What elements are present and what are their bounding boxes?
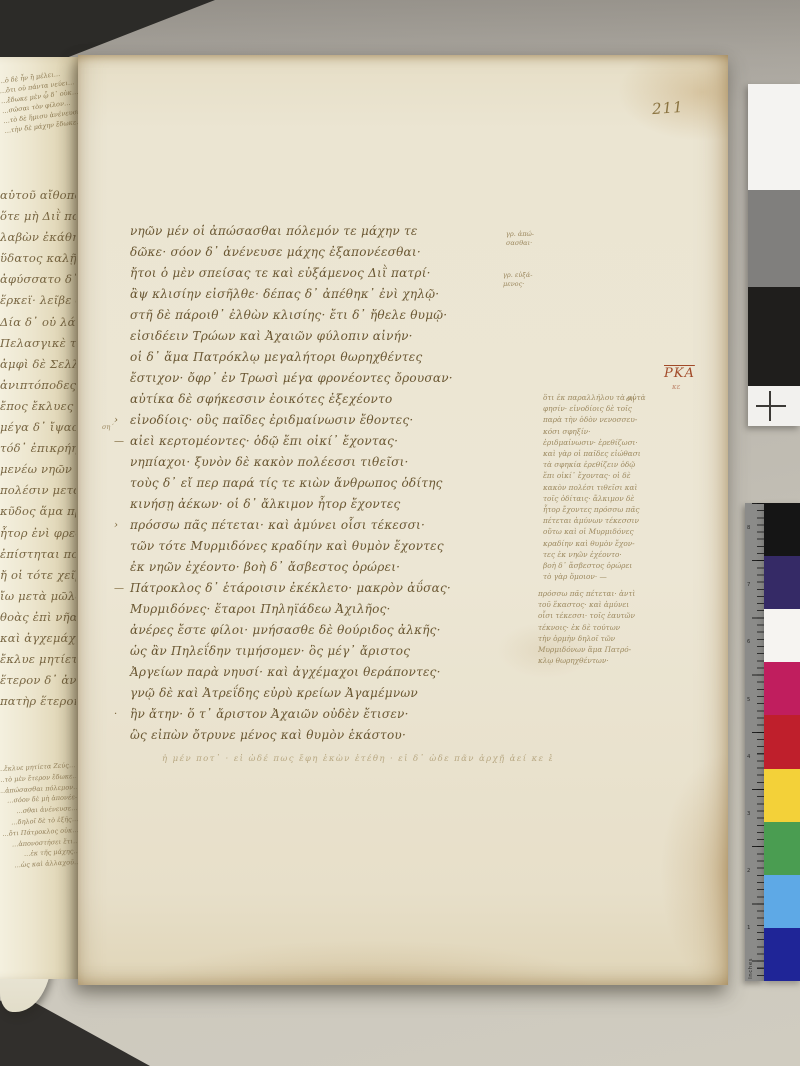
scholion-line: πέτεται ἀμύνων τέκεσσιν	[543, 515, 671, 526]
main-text-block: νηῶν μέν οἱ ἀπώσασθαι πόλεμόν τε μάχην τ…	[130, 221, 542, 746]
verse-line-ending: θοὰς ἐπὶ νῆας ἵκ	[0, 607, 76, 628]
scholion-line: βοὴ δ᾽ ἄσβεστος ὀρώρει	[543, 560, 671, 571]
note-line: μενος·	[503, 280, 532, 289]
verse-text: ἔστιχον· ὄφρ᾽ ἐν Τρωσὶ μέγα φρονέοντες ὄ…	[130, 371, 453, 385]
verse-text: νηπίαχοι· ξυνὸν δὲ κακὸν πολέεσσι τιθεῖσ…	[130, 455, 409, 469]
verse-line-ending: Πελασγικὲ τηλ	[0, 333, 76, 354]
ruler-number: 7	[747, 582, 750, 588]
verse-line-ending: ἔκλυε μητίετα Ζ	[0, 649, 76, 670]
verse-line-ending: ἕρκεϊ· λεῖβε δὲ	[0, 290, 76, 311]
verse-text: αὐτίκα δὲ σφήκεσσιν ἐοικότες ἐξεχέοντο	[130, 392, 392, 406]
marginal-sign: ·	[114, 704, 117, 725]
scholion-line: φησίν· εἰνοδίοις δὲ τοῖς	[543, 403, 671, 414]
scholion-line: ἔπι οἰκί᾽ ἔχοντας· οἱ δὲ	[543, 470, 671, 481]
verse-text: τῶν τότε Μυρμιδόνες κραδίην καὶ θυμὸν ἔχ…	[130, 539, 444, 553]
scholion-line: οἷσι τέκεσσι· τοῖς ἑαυτῶν	[538, 610, 666, 621]
verse-line-ending: ἴω μετὰ μῶλον Ἄρ	[0, 586, 76, 607]
scholion-line: τὰ σφηκία ἐρεθίζειν ὁδῷ	[543, 459, 671, 470]
verse-line-ending: ἔπος ἔκλυες εὐξ	[0, 396, 76, 417]
color-chip	[764, 769, 800, 822]
scholion-line: τοῦ ἕκαστος· καὶ ἀμύνει	[538, 599, 666, 610]
verse-text: αἰεὶ κερτομέοντες· ὁδῷ ἔπι οἰκί᾽ ἔχοντας…	[130, 434, 398, 448]
verse-line-ending: μέγα δ᾽ ἴψαο λα	[0, 417, 76, 438]
verse-text: Ἀργείων παρὰ νηυσί· καὶ ἀγχέμαχοι θεράπο…	[130, 665, 441, 679]
verse-line-ending: ἐπίστηται πολεμ	[0, 544, 76, 565]
grayscale-patch-gray	[748, 190, 800, 287]
ruler-inch-ticks	[752, 503, 764, 981]
scholion-line: κακὸν πολέσι τιθεῖσι καὶ	[543, 482, 671, 493]
verse-line-ending: αὐτοῦ αἴθοπα οἶ	[0, 185, 76, 206]
ruler-number: 1	[747, 925, 750, 931]
scholion-line: τὸ γὰρ ὅμοιον· —	[543, 571, 671, 582]
verse-line: νηπίαχοι· ξυνὸν δὲ κακὸν πολέεσσι τιθεῖσ…	[130, 452, 542, 473]
grayscale-patch-black	[748, 287, 800, 386]
verse-text: ἤτοι ὁ μὲν σπείσας τε καὶ εὐξάμενος Διῒ …	[130, 266, 431, 280]
manuscript-page: 211 νηῶν μέν οἱ ἀπώσασθαι πόλεμόν τε μάχ…	[78, 55, 728, 985]
previous-leaf-edge: …ὁ δὲ ἦν ἢ μέλει……ὅτι οὐ πάντα νεύει……ἔδ…	[0, 57, 82, 979]
left-margin-tiny-note: ση΄	[102, 423, 114, 432]
color-chip	[764, 928, 800, 981]
ruler-number: 5	[747, 697, 750, 703]
color-chip	[764, 503, 800, 556]
scholion-line: παρὰ τὴν ὁδὸν νενοσσευ-	[543, 414, 671, 425]
verse-text: στῆ δὲ πάροιθ᾽ ἐλθὼν κλισίης· ἔτι δ᾽ ἤθε…	[130, 308, 447, 322]
verse-line-ending: ἀμφὶ δὲ Σελλοὶ	[0, 354, 76, 375]
verse-line: Μυρμιδόνες· ἕταροι Πηληϊάδεω Ἀχιλῆος·	[130, 599, 542, 620]
verse-line: γνῷ δὲ καὶ Ἀτρεΐδης εὐρὺ κρείων Ἀγαμέμνω…	[130, 683, 542, 704]
registration-cross-icon	[769, 391, 771, 421]
marginal-sign: ›	[114, 515, 118, 536]
verse-line-ending: τόδ᾽ ἐπικρήηνον	[0, 438, 76, 459]
verse-text: γνῷ δὲ καὶ Ἀτρεΐδης εὐρὺ κρείων Ἀγαμέμνω…	[130, 686, 418, 700]
verse-line-ending: ὕδατος καλῇσι ῥ	[0, 248, 76, 269]
scholion-line: πρόσσω πᾶς πέτεται· ἀντὶ	[538, 588, 666, 599]
verse-text: νηῶν μέν οἱ ἀπώσασθαι πόλεμόν τε μάχην τ…	[130, 224, 418, 238]
verse-line: ›εἰνοδίοις· οὓς παῖδες ἐριδμαίνωσιν ἔθον…	[130, 410, 542, 431]
scholion-line: κόσι σφηξίν·	[543, 426, 671, 437]
section-number-subscript: κε	[672, 383, 680, 391]
marginal-sign: ›	[114, 410, 118, 431]
faded-added-line: ἦ μέν ποτ᾽ · εἰ ὧδέ πως ἔφη ἑκὼν ἐτέθη ·…	[162, 754, 552, 764]
verse-line: ἔστιχον· ὄφρ᾽ ἐν Τρωσὶ μέγα φρονέοντες ὄ…	[130, 368, 542, 389]
verse-text: Πάτροκλος δ᾽ ἑτάροισιν ἐκέκλετο· μακρὸν …	[130, 581, 451, 595]
verse-line-ending: κῦδος ἅμα πρόες	[0, 501, 76, 522]
marginal-sign: —	[114, 431, 124, 452]
ruler-number: 8	[747, 525, 750, 531]
verse-line-ending: πατὴρ ἕτερον δ᾽	[0, 691, 76, 712]
registration-card	[748, 386, 800, 426]
verse-text: ἣν ἄτην· ὅ τ᾽ ἄριστον Ἀχαιῶν οὐδὲν ἔτισε…	[130, 707, 409, 721]
verse-line-ending: μενέω νηῶν ἐν ἀγ	[0, 459, 76, 480]
marginal-scholia-block-1: ὅτι ἐκ παραλλήλου τὰ αὐτὰφησίν· εἰνοδίοι…	[543, 392, 671, 582]
verse-text: ὣς εἰπὼν ὄτρυνε μένος καὶ θυμὸν ἑκάστου·	[130, 728, 406, 742]
verse-line: ›πρόσσω πᾶς πέτεται· καὶ ἀμύνει οἷσι τέκ…	[130, 515, 542, 536]
margin-variant-note: γρ. εὐξά- μενος·	[503, 271, 532, 288]
verse-text: οἱ δ᾽ ἅμα Πατρόκλῳ μεγαλήτορι θωρηχθέντε…	[130, 350, 422, 364]
verse-text: Μυρμιδόνες· ἕταροι Πηληϊάδεω Ἀχιλῆος·	[130, 602, 391, 616]
margin-variant-note: γρ. ἀπώ- σασθαι·	[506, 230, 534, 247]
scholion-line: οὕτω καὶ οἱ Μυρμιδόνες	[543, 526, 671, 537]
scholion-line: ὅτι ἐκ παραλλήλου τὰ αὐτὰ	[543, 392, 671, 403]
verse-line: —Πάτροκλος δ᾽ ἑτάροισιν ἐκέκλετο· μακρὸν…	[130, 578, 542, 599]
inch-ruler: 87654321 Inches	[745, 503, 764, 981]
ruler-number: 4	[747, 754, 750, 760]
scholion-line: Μυρμιδόνων ἅμα Πατρό-	[538, 644, 666, 655]
verse-line: Ἀργείων παρὰ νηυσί· καὶ ἀγχέμαχοι θεράπο…	[130, 662, 542, 683]
ruler-number: 2	[747, 868, 750, 874]
scholion-line: καὶ γὰρ οἱ παῖδες εἰώθασι	[543, 448, 671, 459]
verse-text: πρόσσω πᾶς πέτεται· καὶ ἀμύνει οἷσι τέκε…	[130, 518, 425, 532]
verse-text: ἀνέρες ἔστε φίλοι· μνήσασθε δὲ θούριδος …	[130, 623, 441, 637]
verse-line: τῶν τότε Μυρμιδόνες κραδίην καὶ θυμὸν ἔχ…	[130, 536, 542, 557]
photo-frame: …ὁ δὲ ἦν ἢ μέλει……ὅτι οὐ πάντα νεύει……ἔδ…	[0, 0, 800, 1066]
note-line: γρ. εὐξά-	[503, 271, 532, 280]
verse-line-ending: ἤ οἱ τότε χεῖρες	[0, 565, 76, 586]
previous-leaf-line-endings: αὐτοῦ αἴθοπα οἶὅτε μὴ Διῒ πατλαβὼν ἐκάθη…	[0, 185, 76, 712]
verse-text: ἂψ κλισίην εἰσῆλθε· δέπας δ᾽ ἀπέθηκ᾽ ἐνὶ…	[130, 287, 439, 301]
verse-line: τοὺς δ᾽ εἴ περ παρά τίς τε κιὼν ἄνθρωπος…	[130, 473, 542, 494]
scholion-line: ἦτορ ἔχοντες πρόσσω πᾶς	[543, 504, 671, 515]
scholion-line: τες ἐκ νηῶν ἐχέοντο·	[543, 549, 671, 560]
scholion-line: τὴν ὁρμὴν δηλοῖ τῶν	[538, 633, 666, 644]
verse-line: —αἰεὶ κερτομέοντες· ὁδῷ ἔπι οἰκί᾽ ἔχοντα…	[130, 431, 542, 452]
verse-line-ending: ἦτορ ἐνὶ φρεσίν	[0, 523, 76, 544]
verse-text: ὡς ἂν Πηλεΐδην τιμήσομεν· ὃς μέγ᾽ ἄριστο…	[130, 644, 410, 658]
folio-number: 211	[652, 98, 685, 118]
verse-line: δῶκε· σόον δ᾽ ἀνένευσε μάχης ἐξαπονέεσθα…	[130, 242, 542, 263]
verse-line-ending: ἀφύσσατο δ᾽ αἴθ	[0, 269, 76, 290]
scholion-line: τοῖς ὁδίταις· ἄλκιμον δὲ	[543, 493, 671, 504]
note-line: σασθαι·	[506, 239, 534, 248]
verse-text: κινήσῃ ἀέκων· οἱ δ᾽ ἄλκιμον ἦτορ ἔχοντες	[130, 497, 401, 511]
rubricated-section-number: ΡΚΑ	[664, 366, 695, 381]
note-line: γρ. ἀπώ-	[506, 230, 534, 239]
verse-line: ·ἣν ἄτην· ὅ τ᾽ ἄριστον Ἀχαιῶν οὐδὲν ἔτισ…	[130, 704, 542, 725]
verse-line: εἰσιδέειν Τρώων καὶ Ἀχαιῶν φύλοπιν αἰνήν…	[130, 326, 542, 347]
verse-line-ending: λαβὼν ἐκάθηρε	[0, 227, 76, 248]
verse-text: εἰνοδίοις· οὓς παῖδες ἐριδμαίνωσιν ἔθοντ…	[130, 413, 414, 427]
registration-cross-icon	[756, 405, 786, 407]
grayscale-calibration-card	[748, 84, 800, 426]
marginal-scholia-block-2: πρόσσω πᾶς πέτεται· ἀντὶτοῦ ἕκαστος· καὶ…	[538, 588, 666, 666]
verse-line: ἀνέρες ἔστε φίλοι· μνήσασθε δὲ θούριδος …	[130, 620, 542, 641]
verse-text: τοὺς δ᾽ εἴ περ παρά τίς τε κιὼν ἄνθρωπος…	[130, 476, 443, 490]
verse-line: ἤτοι ὁ μὲν σπείσας τε καὶ εὐξάμενος Διῒ …	[130, 263, 542, 284]
ruler-number: 3	[747, 811, 750, 817]
verse-line: ὣς εἰπὼν ὄτρυνε μένος καὶ θυμὸν ἑκάστου·	[130, 725, 542, 746]
verse-text: ἐκ νηῶν ἐχέοντο· βοὴ δ᾽ ἄσβεστος ὀρώρει·	[130, 560, 400, 574]
scholion-line: κραδίην καὶ θυμὸν ἔχον-	[543, 538, 671, 549]
verse-text: δῶκε· σόον δ᾽ ἀνένευσε μάχης ἐξαπονέεσθα…	[130, 245, 421, 259]
scholion-line: τέκνοις· ἐκ δὲ τούτων	[538, 622, 666, 633]
verse-line-ending: ἀνιπτόποδες χα	[0, 375, 76, 396]
color-chip	[764, 556, 800, 609]
color-chip	[764, 715, 800, 768]
ruler-number: 6	[747, 639, 750, 645]
color-calibration-bar	[764, 503, 800, 981]
verse-line-ending: καὶ ἀγχεμάχοις ἑτ	[0, 628, 76, 649]
verse-line-ending: ἕτερον δ᾽ ἀνένευσ	[0, 670, 76, 691]
previous-leaf-bottom-scholia: …ἔκλυε μητίετα Ζεύς……τὸ μὲν ἕτερον ἔδωκε…	[0, 760, 81, 872]
verse-line-ending: ὅτε μὴ Διῒ πατ	[0, 206, 76, 227]
scholion-line: κλῳ θωρηχθέντων·	[538, 655, 666, 666]
verse-line: στῆ δὲ πάροιθ᾽ ἐλθὼν κλισίης· ἔτι δ᾽ ἤθε…	[130, 305, 542, 326]
verse-line-ending: Δία δ᾽ οὐ λάθε τ	[0, 312, 76, 333]
color-chip	[764, 822, 800, 875]
verse-line: ὡς ἂν Πηλεΐδην τιμήσομεν· ὃς μέγ᾽ ἄριστο…	[130, 641, 542, 662]
verse-line: οἱ δ᾽ ἅμα Πατρόκλῳ μεγαλήτορι θωρηχθέντε…	[130, 347, 542, 368]
verse-line: ἐκ νηῶν ἐχέοντο· βοὴ δ᾽ ἄσβεστος ὀρώρει·	[130, 557, 542, 578]
verse-line: κινήσῃ ἀέκων· οἱ δ᾽ ἄλκιμον ἦτορ ἔχοντες	[130, 494, 542, 515]
marginal-sign: —	[114, 578, 124, 599]
grayscale-patch-white	[748, 84, 800, 190]
verse-text: εἰσιδέειν Τρώων καὶ Ἀχαιῶν φύλοπιν αἰνήν…	[130, 329, 413, 343]
color-chip	[764, 609, 800, 662]
verse-line-ending: πολέσιν μετὰ Μυρ	[0, 480, 76, 501]
ruler-label: Inches	[748, 958, 754, 979]
verse-line: ἂψ κλισίην εἰσῆλθε· δέπας δ᾽ ἀπέθηκ᾽ ἐνὶ…	[130, 284, 542, 305]
verse-line: νηῶν μέν οἱ ἀπώσασθαι πόλεμόν τε μάχην τ…	[130, 221, 542, 242]
color-chip	[764, 662, 800, 715]
color-chip	[764, 875, 800, 928]
verse-line: αὐτίκα δὲ σφήκεσσιν ἐοικότες ἐξεχέοντο	[130, 389, 542, 410]
scholion-line: ἐριδμαίνωσιν· ἐρεθίζωσι·	[543, 437, 671, 448]
